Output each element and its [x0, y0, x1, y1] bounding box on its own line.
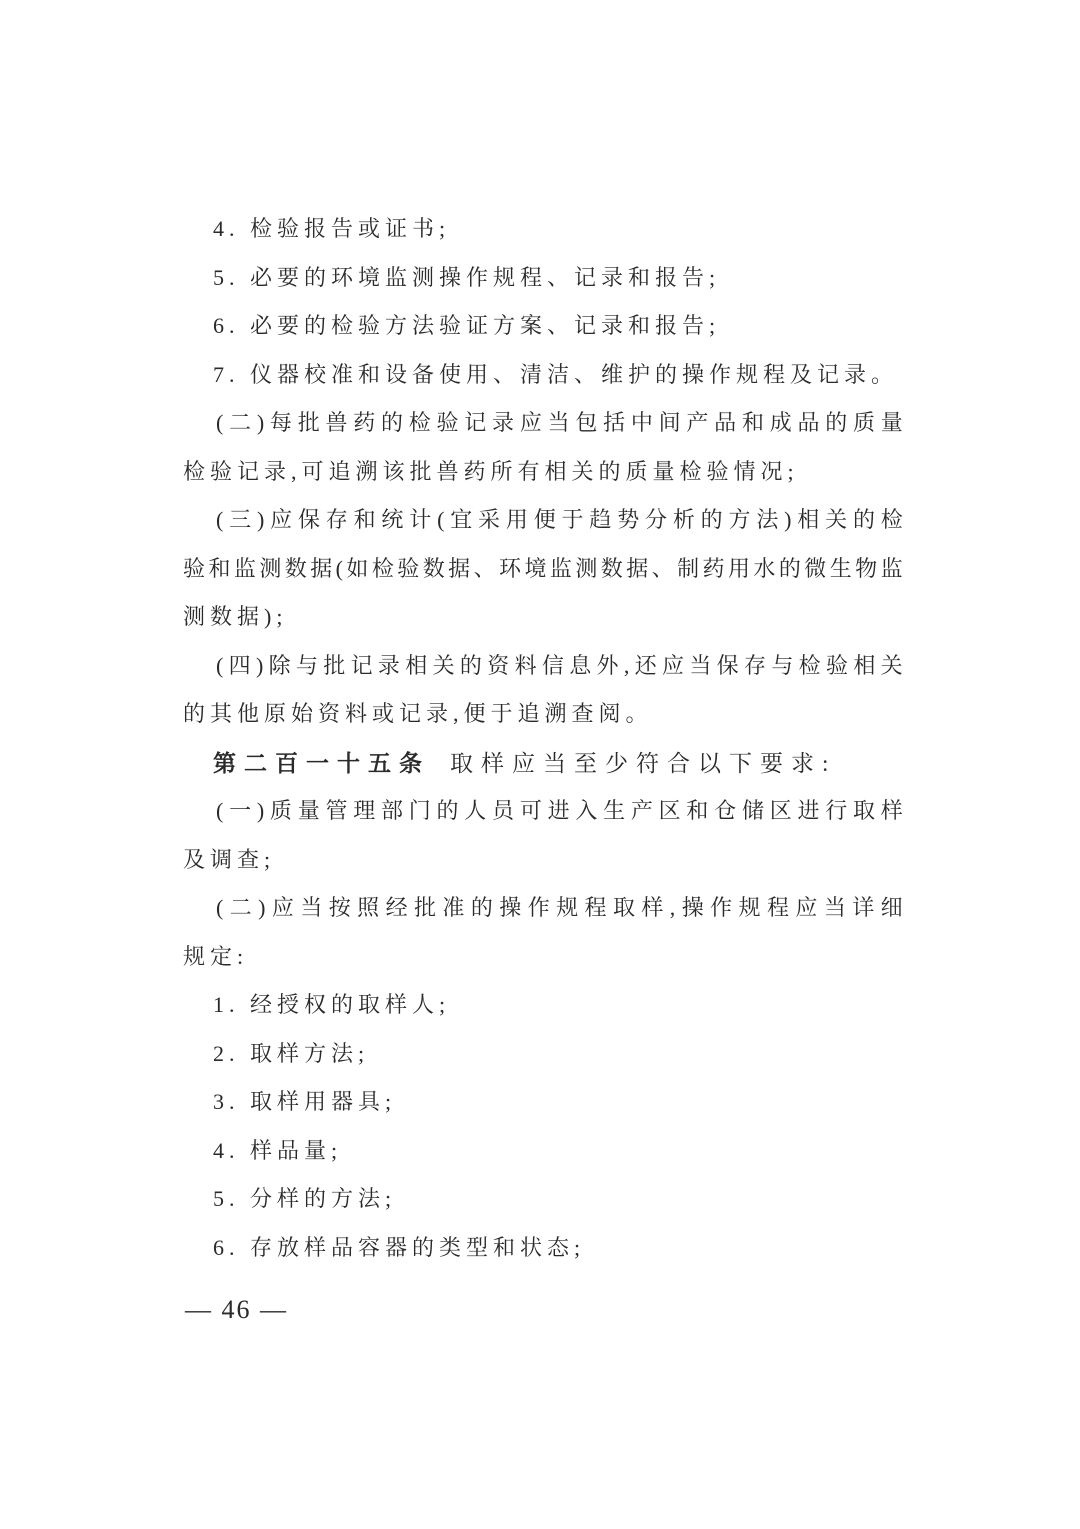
text-line: 1. 经授权的取样人;: [183, 981, 903, 1030]
text-line: (一)质量管理部门的人员可进入生产区和仓储区进行取样: [183, 787, 903, 836]
article-heading-line: 第二百一十五条取样应当至少符合以下要求:: [183, 739, 903, 788]
text-line: 7. 仪器校准和设备使用、清洁、维护的操作规程及记录。: [183, 351, 903, 400]
text-line: 规定:: [183, 933, 903, 982]
text-line: 及调查;: [183, 836, 903, 885]
text-line: 测数据);: [183, 593, 903, 642]
text-line: (四)除与批记录相关的资料信息外,还应当保存与检验相关: [183, 642, 903, 691]
text-line: 检验记录,可追溯该批兽药所有相关的质量检验情况;: [183, 448, 903, 497]
text-line: 6. 存放样品容器的类型和状态;: [183, 1224, 903, 1273]
text-column: 4. 检验报告或证书;5. 必要的环境监测操作规程、记录和报告;6. 必要的检验…: [183, 205, 903, 1272]
article-number: 第二百一十五条: [213, 750, 430, 776]
text-line: (三)应保存和统计(宜采用便于趋势分析的方法)相关的检: [183, 496, 903, 545]
page-number: — 46 —: [185, 1292, 288, 1328]
text-line: 验和监测数据(如检验数据、环境监测数据、制药用水的微生物监: [183, 545, 903, 594]
text-line: 的其他原始资料或记录,便于追溯查阅。: [183, 690, 903, 739]
article-heading-text: 取样应当至少符合以下要求:: [450, 751, 836, 776]
text-line: (二)每批兽药的检验记录应当包括中间产品和成品的质量: [183, 399, 903, 448]
text-line: 6. 必要的检验方法验证方案、记录和报告;: [183, 302, 903, 351]
document-page: 4. 检验报告或证书;5. 必要的环境监测操作规程、记录和报告;6. 必要的检验…: [0, 0, 1080, 1529]
text-line: 2. 取样方法;: [183, 1030, 903, 1079]
text-line: 3. 取样用器具;: [183, 1078, 903, 1127]
text-line: (二)应当按照经批准的操作规程取样,操作规程应当详细: [183, 884, 903, 933]
text-line: 5. 分样的方法;: [183, 1175, 903, 1224]
text-line: 4. 样品量;: [183, 1127, 903, 1176]
text-line: 4. 检验报告或证书;: [183, 205, 903, 254]
text-line: 5. 必要的环境监测操作规程、记录和报告;: [183, 254, 903, 303]
